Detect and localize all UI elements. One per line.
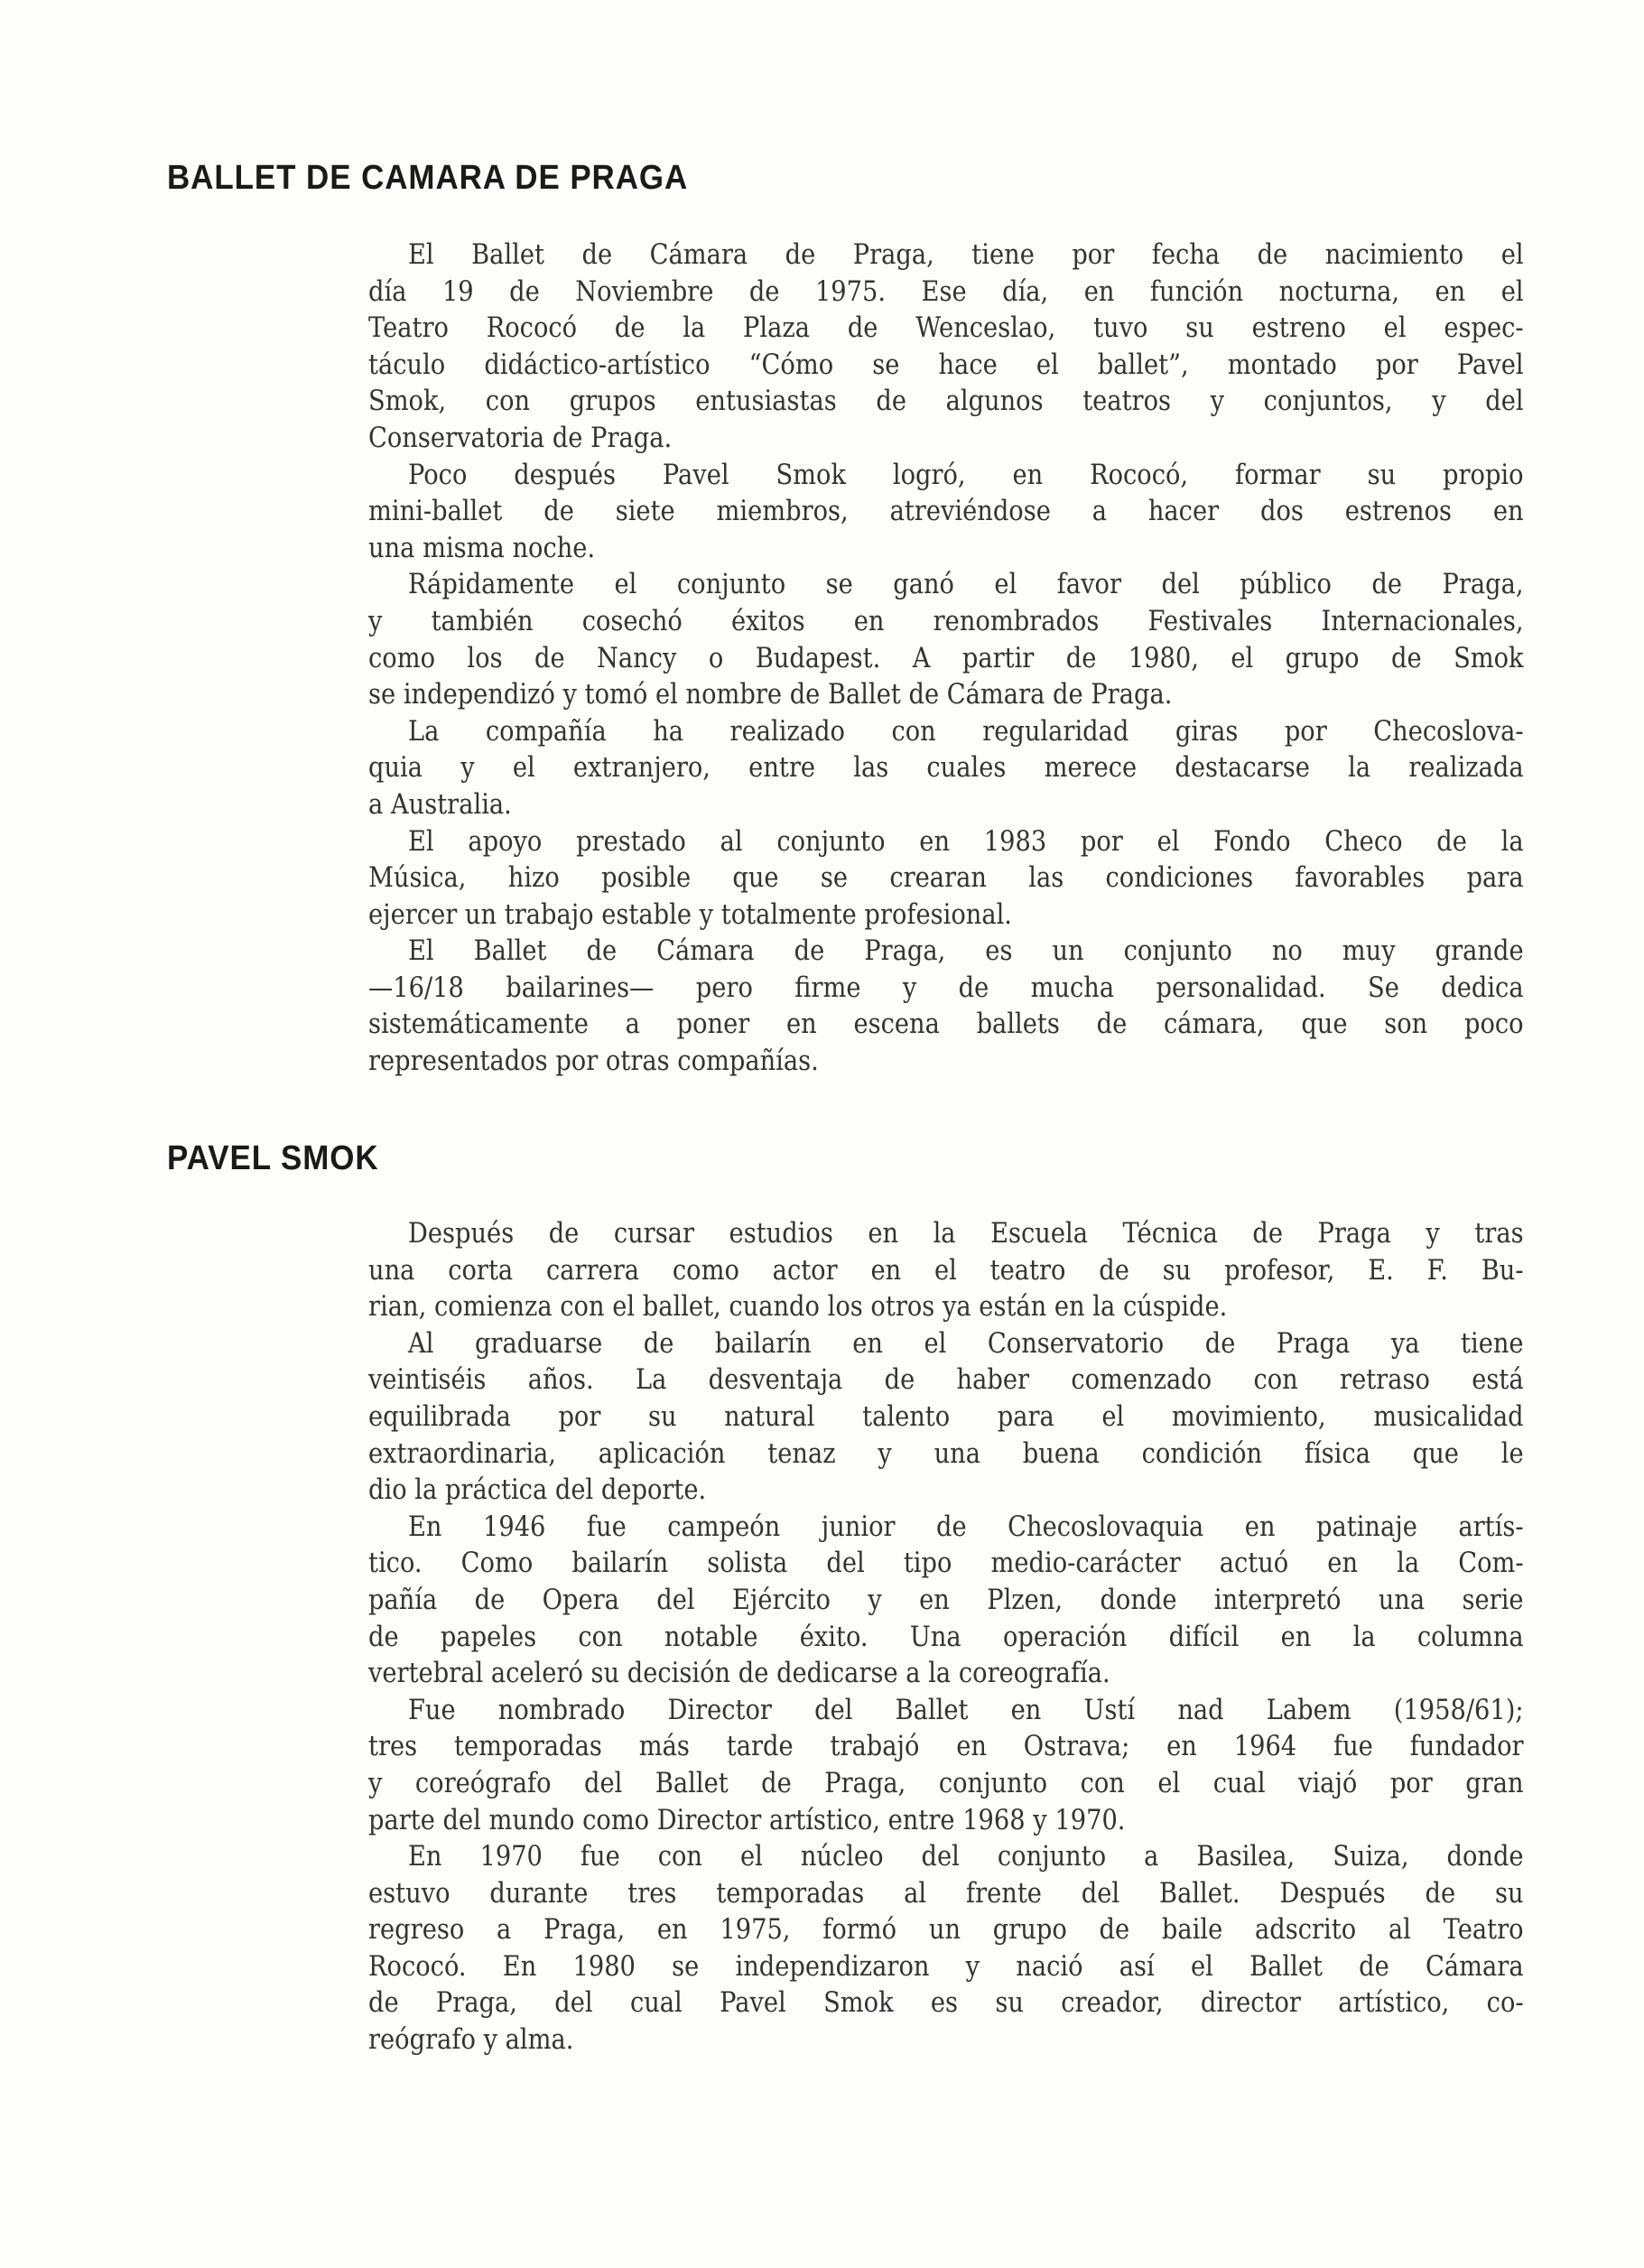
text-line: de papeles con notable éxito. Una operac… (368, 1619, 1524, 1656)
paragraph: El Ballet de Cámara de Praga, tiene por … (368, 237, 1524, 457)
text-line: pañía de Opera del Ejército y en Plzen, … (368, 1582, 1524, 1619)
text-line: En 1946 fue campeón junior de Checoslova… (368, 1509, 1524, 1546)
paragraph: Poco después Pavel Smok logró, en Rococó… (368, 457, 1524, 567)
text-line: tres temporadas más tarde trabajó en Ost… (368, 1728, 1524, 1765)
text-line: y también cosechó éxitos en renombrados … (368, 603, 1524, 640)
text-line: —16/18 bailarines— pero firme y de mucha… (368, 970, 1524, 1007)
text-line: equilibrada por su natural talento para … (368, 1399, 1524, 1436)
text-line: mini-ballet de siete miembros, atreviénd… (368, 493, 1524, 530)
text-line: Poco después Pavel Smok logró, en Rococó… (368, 457, 1524, 494)
text-line: El Ballet de Cámara de Praga, tiene por … (368, 237, 1524, 274)
text-line: representados por otras compañías. (368, 1043, 1524, 1080)
text-line: regreso a Praga, en 1975, formó un grupo… (368, 1911, 1524, 1948)
text-line: tico. Como bailarín solista del tipo med… (368, 1545, 1524, 1582)
text-line: quia y el extranjero, entre las cuales m… (368, 749, 1524, 786)
text-line: Smok, con grupos entusiastas de algunos … (368, 383, 1524, 420)
paragraph: El Ballet de Cámara de Praga, es un conj… (368, 933, 1524, 1079)
section-body-pavel-smok: Después de cursar estudios en la Escuela… (368, 1215, 1524, 2059)
text-line: veintiséis años. La desventaja de haber … (368, 1362, 1524, 1399)
text-line: día 19 de Noviembre de 1975. Ese día, en… (368, 274, 1524, 311)
text-line: de Praga, del cual Pavel Smok es su crea… (368, 1984, 1524, 2022)
text-line: En 1970 fue con el núcleo del conjunto a… (368, 1838, 1524, 1875)
text-line: Rococó. En 1980 se independizaron y naci… (368, 1948, 1524, 1985)
text-line: y coreógrafo del Ballet de Praga, conjun… (368, 1765, 1524, 1802)
text-line: una misma noche. (368, 530, 1524, 567)
text-line: Al graduarse de bailarín en el Conservat… (368, 1325, 1524, 1362)
text-line: a Australia. (368, 786, 1524, 823)
document-page: BALLET DE CAMARA DE PRAGA El Ballet de C… (0, 0, 1644, 2268)
section-body-ballet-de-camara: El Ballet de Cámara de Praga, tiene por … (368, 237, 1524, 1080)
paragraph: Fue nombrado Director del Ballet en Ustí… (368, 1692, 1524, 1838)
text-line: El Ballet de Cámara de Praga, es un conj… (368, 933, 1524, 970)
text-line: ejercer un trabajo estable y totalmente … (368, 897, 1524, 934)
section-title-ballet-de-camara: BALLET DE CAMARA DE PRAGA (167, 159, 688, 198)
text-line: La compañía ha realizado con regularidad… (368, 713, 1524, 750)
text-line: El apoyo prestado al conjunto en 1983 po… (368, 823, 1524, 860)
paragraph: El apoyo prestado al conjunto en 1983 po… (368, 823, 1524, 934)
text-line: vertebral aceleró su decisión de dedicar… (368, 1655, 1524, 1692)
section-title-pavel-smok: PAVEL SMOK (167, 1139, 379, 1178)
text-line: parte del mundo como Director artístico,… (368, 1802, 1524, 1839)
text-line: estuvo durante tres temporadas al frente… (368, 1875, 1524, 1912)
text-line: Después de cursar estudios en la Escuela… (368, 1215, 1524, 1252)
text-line: extraordinaria, aplicación tenaz y una b… (368, 1436, 1524, 1473)
text-line: sistemáticamente a poner en escena balle… (368, 1006, 1524, 1043)
paragraph: En 1946 fue campeón junior de Checoslova… (368, 1509, 1524, 1692)
text-line: una corta carrera como actor en el teatr… (368, 1252, 1524, 1289)
text-line: táculo didáctico-artístico “Cómo se hace… (368, 347, 1524, 384)
paragraph: Al graduarse de bailarín en el Conservat… (368, 1325, 1524, 1509)
text-line: reógrafo y alma. (368, 2022, 1524, 2059)
text-line: Fue nombrado Director del Ballet en Ustí… (368, 1692, 1524, 1729)
text-line: se independizó y tomó el nombre de Balle… (368, 676, 1524, 713)
paragraph: Después de cursar estudios en la Escuela… (368, 1215, 1524, 1325)
text-line: Rápidamente el conjunto se ganó el favor… (368, 566, 1524, 603)
text-line: dio la práctica del deporte. (368, 1472, 1524, 1509)
text-line: Teatro Rococó de la Plaza de Wenceslao, … (368, 310, 1524, 347)
text-line: como los de Nancy o Budapest. A partir d… (368, 640, 1524, 677)
text-line: Conservatoria de Praga. (368, 420, 1524, 457)
paragraph: La compañía ha realizado con regularidad… (368, 713, 1524, 823)
text-line: Música, hizo posible que se crearan las … (368, 860, 1524, 897)
text-line: rian, comienza con el ballet, cuando los… (368, 1288, 1524, 1325)
paragraph: Rápidamente el conjunto se ganó el favor… (368, 566, 1524, 712)
paragraph: En 1970 fue con el núcleo del conjunto a… (368, 1838, 1524, 2059)
